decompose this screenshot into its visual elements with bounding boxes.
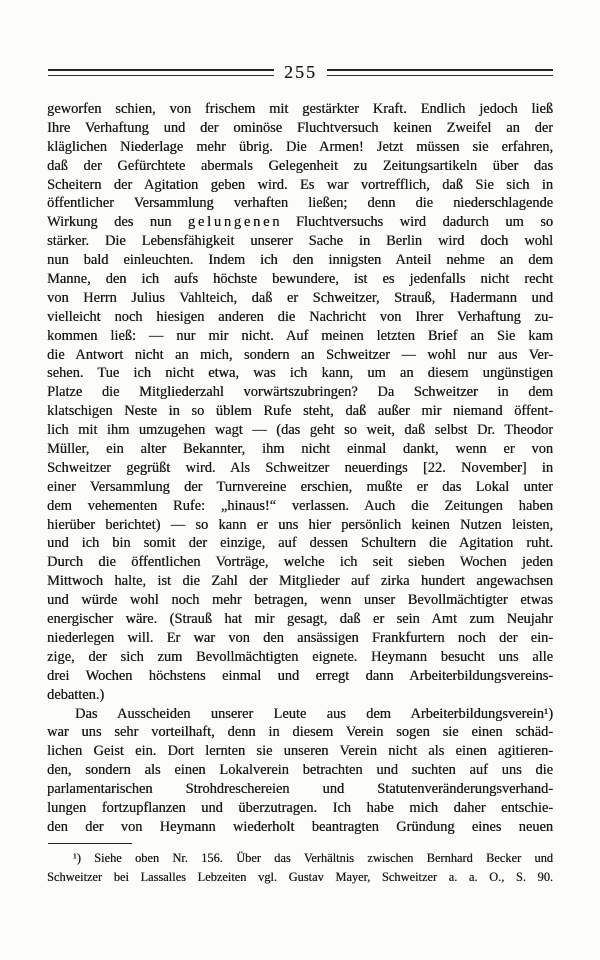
page-number: 255: [284, 63, 317, 81]
text-line: drei Wochen höchstens einmal und erregt …: [47, 667, 553, 686]
text-line: die Antwort nicht an mich, sondern an Sc…: [47, 346, 553, 365]
text-line: einer Versammlung der Turnvereine erschi…: [47, 478, 553, 497]
text-line: kommen ließ: — nur mir nicht. Auf meinen…: [47, 327, 553, 346]
text-line: debatten.): [47, 686, 553, 705]
text-line: Durch die öffentlichen Vorträge, welche …: [47, 553, 553, 572]
text-line: zige, der sich zum Bevollmächtigten eign…: [47, 648, 553, 667]
book-page: 255 geworfen schien, von frischem mit ge…: [0, 0, 600, 960]
text-line: dem vehementen Rufe: „hinaus!“ verlassen…: [47, 497, 553, 516]
text-line: war uns sehr vorteilhaft, denn in diesem…: [47, 723, 553, 742]
text-line: Scheitern der Agitation geben wird. Es w…: [47, 176, 553, 195]
text-line: lichen Geist ein. Dort lernten sie unser…: [47, 742, 553, 761]
text-line: Manne, den ich aufs höchste bewundere, i…: [47, 270, 553, 289]
text-line: vielleicht noch hiesigen anderen die Nac…: [47, 308, 553, 327]
text-line: sehen. Tue ich nicht etwa, was ich kann,…: [47, 364, 553, 383]
footnote-line: Schweitzer bei Lassalles Lebzeiten vgl. …: [47, 868, 553, 887]
header-rule-left: [48, 69, 274, 76]
text-line: Das Ausscheiden unserer Leute aus dem Ar…: [47, 705, 553, 724]
page-header: 255: [48, 62, 553, 82]
text-line: öffentlicher Versammlung verhaften ließe…: [47, 194, 553, 213]
header-rule-right: [327, 69, 553, 76]
text-line: geworfen schien, von frischem mit gestär…: [47, 100, 553, 119]
text-line: Wirkung des nun gelungenen Fluchtversuch…: [47, 213, 553, 232]
page-body: geworfen schien, von frischem mit gestär…: [47, 100, 553, 837]
text-line: den, sondern als einen Lokalverein betra…: [47, 761, 553, 780]
text-line: parlamentarischen Strohdreschereien und …: [47, 780, 553, 799]
footnote-line: ¹) Siehe oben Nr. 156. Über das Verhältn…: [47, 849, 553, 868]
text-line: Ihre Verhaftung und der ominöse Fluchtve…: [47, 119, 553, 138]
text-line: und ich bin somit der einzige, auf desse…: [47, 534, 553, 553]
text-line: Schweitzer gegrüßt wird. Als Schweitzer …: [47, 459, 553, 478]
text-line: hierüber berichtet) — so kann er uns hie…: [47, 516, 553, 535]
text-line: nun bald einleuchten. Indem ich den inni…: [47, 251, 553, 270]
text-line: Müller, ein alter Bekannter, ihm nicht e…: [47, 440, 553, 459]
text-line: niederlegen will. Er war von den ansässi…: [47, 629, 553, 648]
text-line: den der von Heymann wiederholt beantragt…: [47, 818, 553, 837]
text-line: lungen fortzupflanzen und überzutragen. …: [47, 799, 553, 818]
text-line: von Herrn Julius Vahlteich, daß er Schwe…: [47, 289, 553, 308]
text-line: klatschigen Neste in so üblem Rufe steht…: [47, 402, 553, 421]
text-line: energischer wäre. (Strauß hat mir gesagt…: [47, 610, 553, 629]
text-line: kläglichen Niederlage mehr übrig. Die Ar…: [47, 138, 553, 157]
text-line: Platze die Mitgliederzahl vorwärtszubrin…: [47, 383, 553, 402]
text-line: und würde wohl noch mehr betragen, wenn …: [47, 591, 553, 610]
text-line: Mittwoch halte, ist die Zahl der Mitglie…: [47, 572, 553, 591]
text-line: stärker. Die Lebensfähigkeit unserer Sac…: [47, 232, 553, 251]
footnote-rule: [48, 843, 132, 844]
text-line: daß der Gefürchtete abermals Gelegenheit…: [47, 157, 553, 176]
emphasized-word: gelungenen: [188, 214, 282, 230]
footnote: ¹) Siehe oben Nr. 156. Über das Verhältn…: [47, 849, 553, 886]
text-line: lich mit ihm umzugehen wagt — (das geht …: [47, 421, 553, 440]
